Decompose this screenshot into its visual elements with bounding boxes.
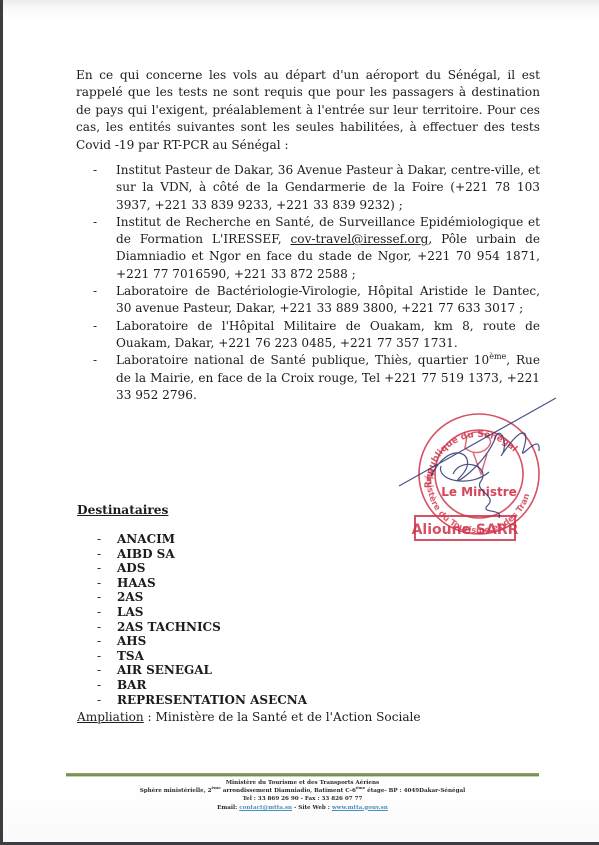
recipient-item: AIBD SA (97, 547, 307, 562)
recipient-item: ANACIM (97, 532, 307, 547)
recipient-item: TSA (97, 649, 307, 664)
letterhead-footer: Ministère du Tourisme et des Transports … (66, 779, 539, 812)
official-stamp: République du Sénégal Ministère du Touri… (391, 396, 566, 571)
recipient-item: BAR (97, 678, 307, 693)
footer-website-link[interactable]: www.mtta.gouv.sn (332, 805, 388, 811)
footer-phone: Tel : 33 869 26 90 - Fax : 33 826 07 77 (66, 795, 539, 803)
svg-text:Alioune SARR: Alioune SARR (412, 522, 519, 538)
intro-paragraph: En ce qui concerne les vols au départ d'… (76, 67, 540, 154)
recipient-item: REPRESENTATION ASECNA (97, 693, 307, 708)
footer-divider-shadow (66, 776, 539, 777)
recipient-item: AIR SENEGAL (97, 663, 307, 678)
svg-text:Le Ministre: Le Ministre (441, 485, 517, 499)
recipient-item: AHS (97, 634, 307, 649)
recipients-title: Destinataires (77, 503, 168, 517)
lab-item: Laboratoire de l'Hôpital Militaire de Ou… (93, 318, 540, 353)
svg-text:République du Sénégal: République du Sénégal (423, 429, 519, 488)
recipient-item: LAS (97, 605, 307, 620)
recipient-item: 2AS TACHNICS (97, 620, 307, 635)
document-page: En ce qui concerne les vols au départ d'… (3, 0, 599, 842)
footer-address: Sphère ministérielle, 2ème arrondissemen… (66, 787, 539, 795)
ampliation-line: Ampliation : Ministère de la Santé et de… (77, 710, 421, 724)
lab-list: Institut Pasteur de Dakar, 36 Avenue Pas… (93, 162, 540, 404)
recipient-item: 2AS (97, 590, 307, 605)
footer-email-link[interactable]: contact@mtta.sn (239, 805, 292, 811)
ampliation-text: Ministère de la Santé et de l'Action Soc… (155, 710, 420, 724)
recipient-item: HAAS (97, 576, 307, 591)
footer-contact: Email: contact@mtta.sn - Site Web : www.… (66, 804, 539, 812)
lab-item: Laboratoire de Bactériologie-Virologie, … (93, 283, 540, 318)
stamp-seal-icon: République du Sénégal Ministère du Touri… (391, 396, 566, 571)
recipients-list: ANACIM AIBD SA ADS HAAS 2AS LAS 2AS TACH… (97, 532, 307, 707)
ampliation-label: Ampliation (77, 710, 144, 724)
recipient-item: ADS (97, 561, 307, 576)
footer-ministry: Ministère du Tourisme et des Transports … (66, 779, 539, 787)
lab-item: Institut Pasteur de Dakar, 36 Avenue Pas… (93, 162, 540, 214)
iressef-email-link[interactable]: cov-travel@iressef.org (291, 232, 429, 246)
lab-item: Institut de Recherche en Santé, de Surve… (93, 214, 540, 283)
